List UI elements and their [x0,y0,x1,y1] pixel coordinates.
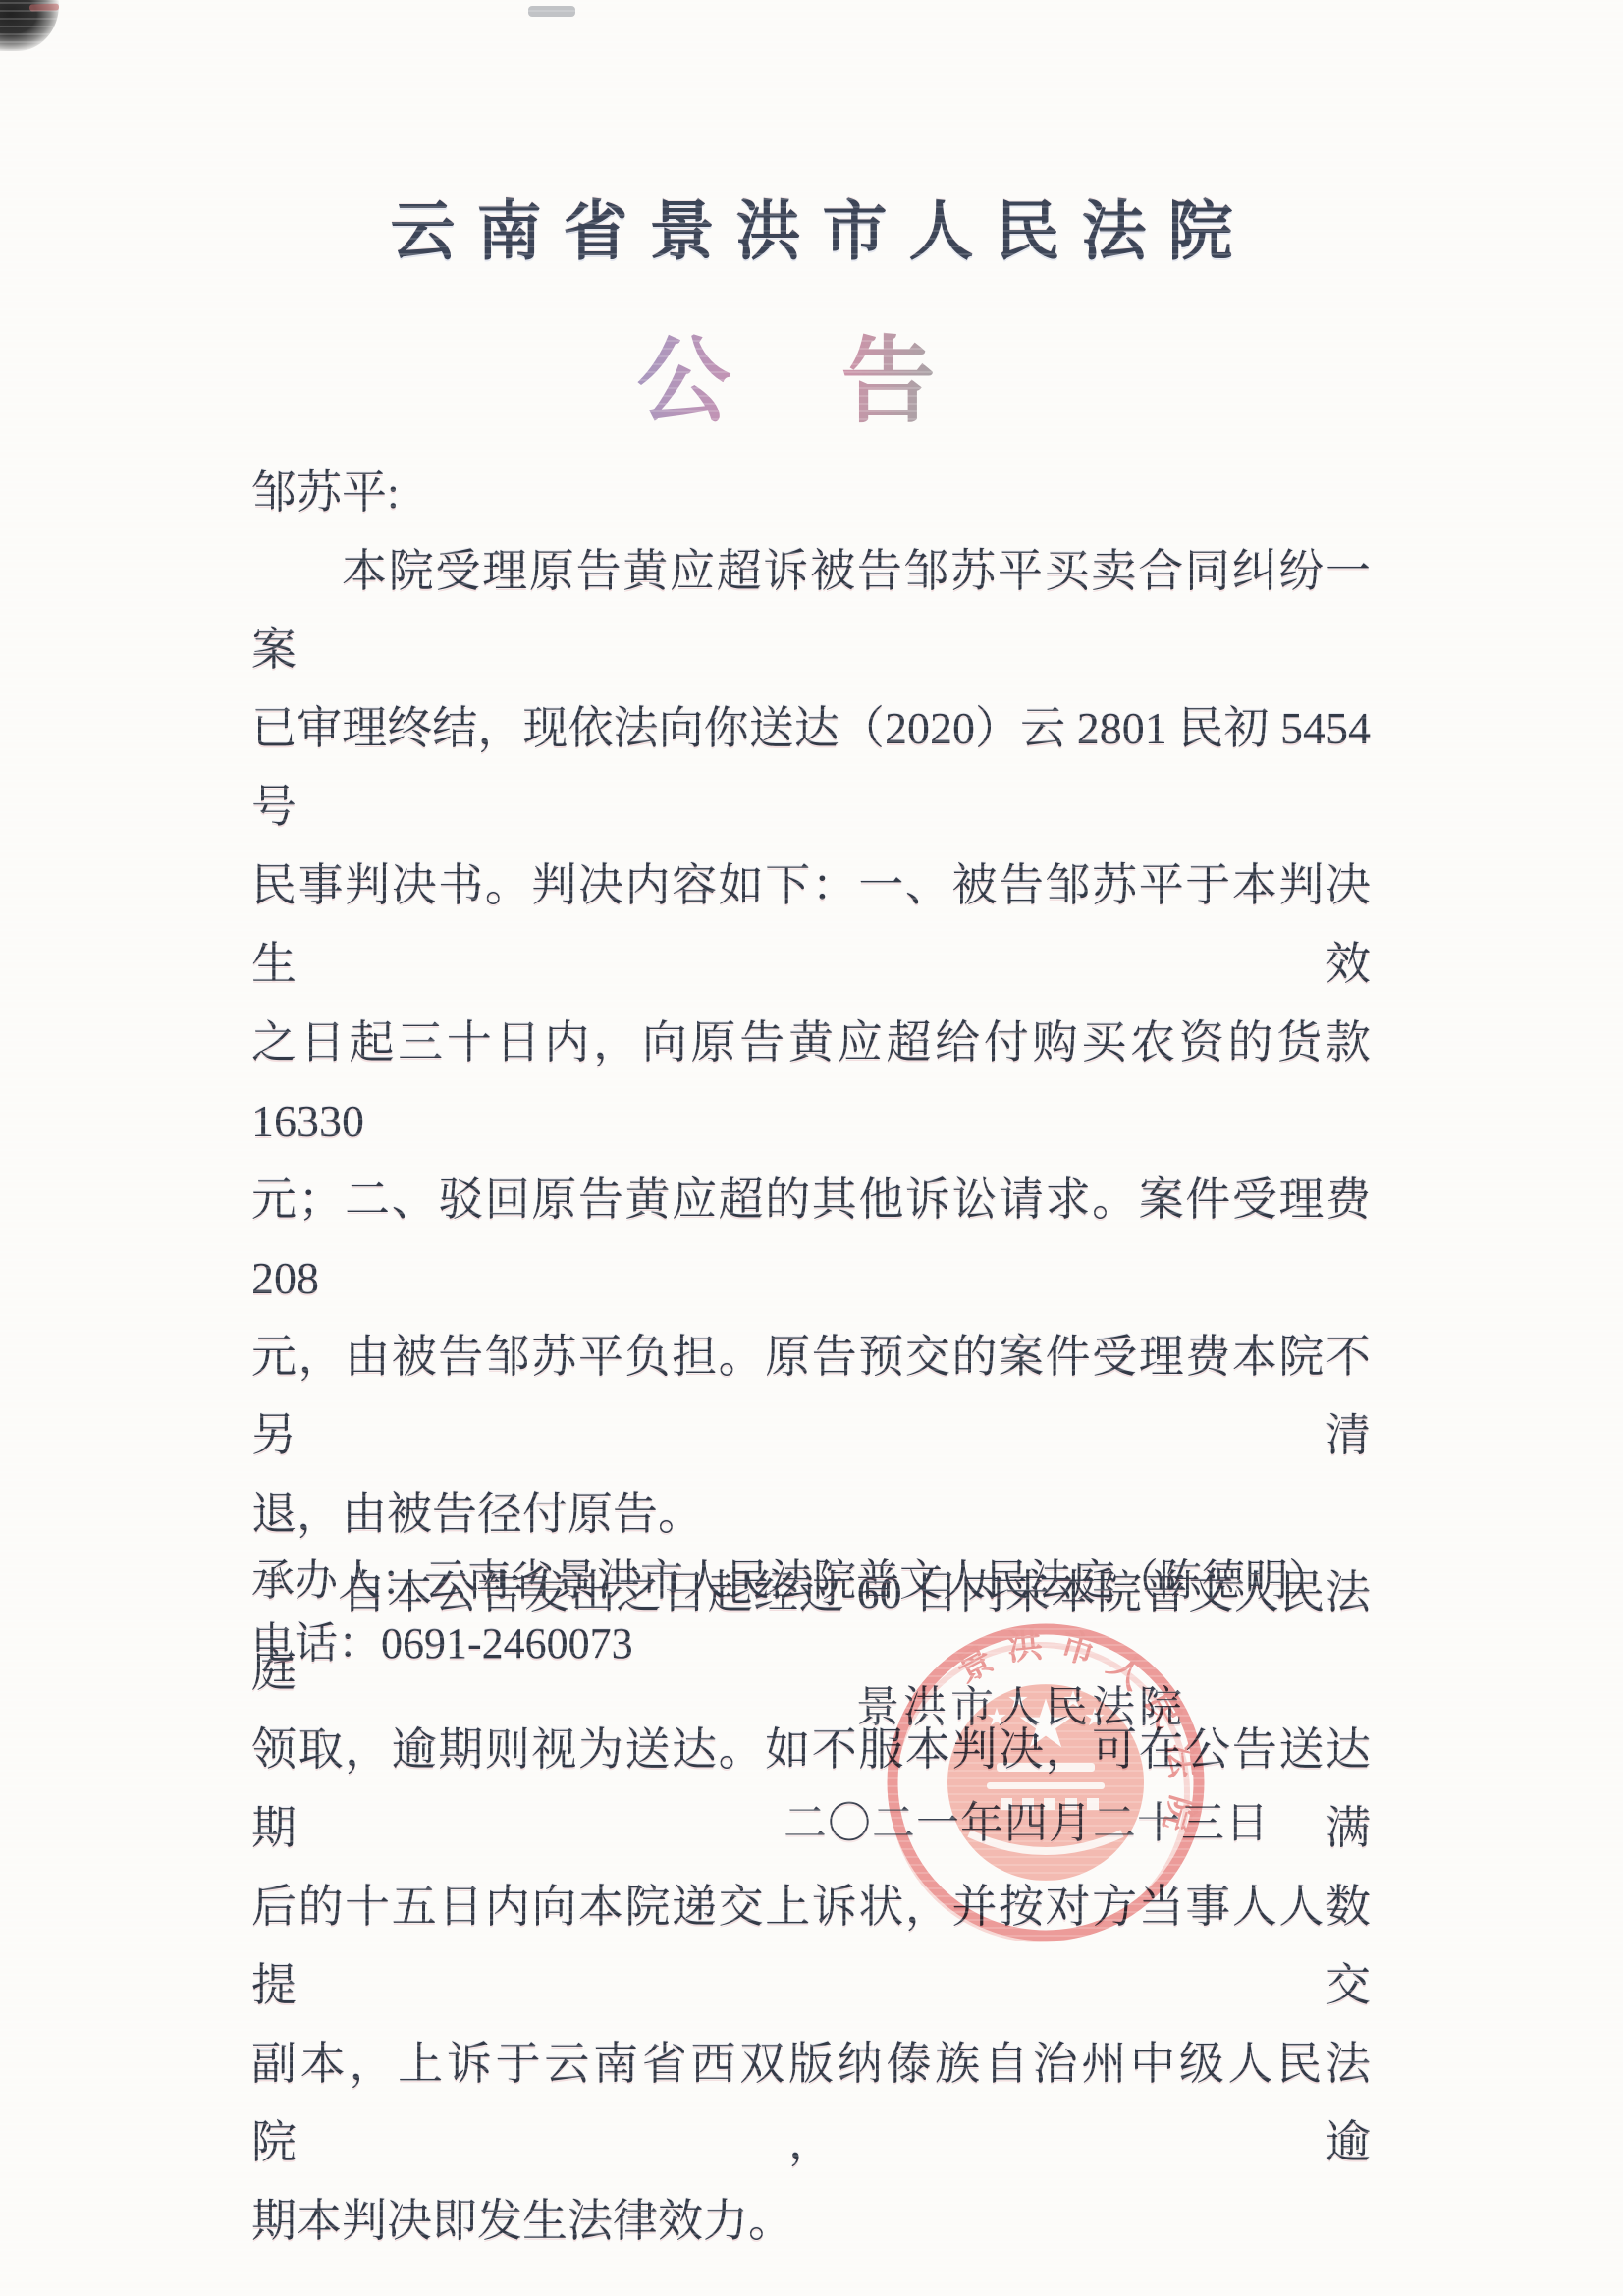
signature-date: 二〇二一年四月二十三日 [784,1787,1270,1850]
scanned-court-notice-page: 云南省景洪市人民法院 公告 邹苏平: 本院受理原告黄应超诉被告邹苏平买卖合同纠纷… [0,0,1623,2296]
recipient-name: 邹苏平: [251,454,1371,532]
body-line: 期本判决即发生法律效力。 [251,2182,1371,2261]
body-line: 已审理终结，现依法向你送达（2020）云 2801 民初 5454 号 [251,689,1371,847]
notice-body: 邹苏平: 本院受理原告黄应超诉被告邹苏平买卖合同纠纷一案已审理终结，现依法向你送… [251,454,1371,2261]
scan-red-mark [29,3,59,11]
body-line: 元，由被告邹苏平负担。原告预交的案件受理费本院不另清 [251,1318,1371,1475]
body-line: 元；二、驳回原告黄应超的其他诉讼请求。案件受理费 208 [251,1161,1371,1318]
contact-block: 承办人：云南省景洪市人民法院普文人民法庭（陈德明） 电话：0691-246007… [251,1550,1430,1675]
notice-title: 公告 [0,306,1623,441]
handler-line: 承办人：云南省景洪市人民法院普文人民法庭（陈德明） [251,1550,1430,1613]
phone-line: 电话：0691-2460073 [251,1613,1430,1675]
body-line: 副本，上诉于云南省西双版纳傣族自治州中级人民法院，逾 [251,2025,1371,2182]
body-line: 退，由被告径付原告。 [251,1475,1371,1554]
scan-gray-mark [528,6,575,17]
signature-court-name: 景洪市人民法院 [856,1671,1186,1734]
court-title: 云南省景洪市人民法院 [0,179,1623,272]
body-line: 本院受理原告黄应超诉被告邹苏平买卖合同纠纷一案 [251,532,1371,689]
body-line: 民事判决书。判决内容如下：一、被告邹苏平于本判决生效 [251,847,1371,1004]
paragraph-judgment: 本院受理原告黄应超诉被告邹苏平买卖合同纠纷一案已审理终结，现依法向你送达（202… [251,532,1371,1554]
body-line: 后的十五日内向本院递交上诉状，并按对方当事人人数提交 [251,1868,1371,2025]
body-line: 之日起三十日内，向原告黄应超给付购买农资的货款 16330 [251,1004,1371,1161]
